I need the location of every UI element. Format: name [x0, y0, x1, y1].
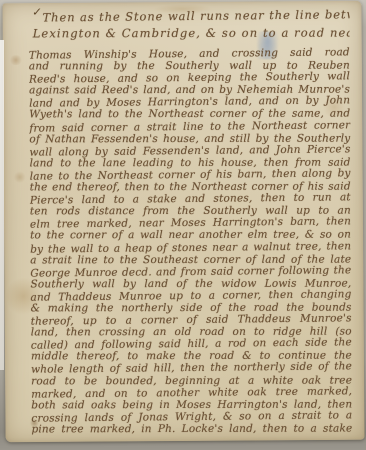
manuscript-line: Lexington & Cambridge, & so on to a road…	[29, 25, 350, 43]
manuscript-line: Then as the Stone wall runs near the lin…	[28, 6, 349, 26]
manuscript-line: pine tree marked, in Ph. Locke's land, t…	[31, 422, 352, 435]
paper-edge-highlight	[0, 40, 4, 370]
photo-of-manuscript: { "document": { "kind": "handwritten man…	[0, 0, 366, 450]
manuscript-text: Then as the Stone wall runs near the lin…	[29, 7, 353, 436]
foxing-stain	[14, 171, 26, 183]
manuscript-page: ✓ Then as the Stone wall runs near the l…	[2, 1, 364, 442]
foxing-stain	[9, 55, 23, 65]
